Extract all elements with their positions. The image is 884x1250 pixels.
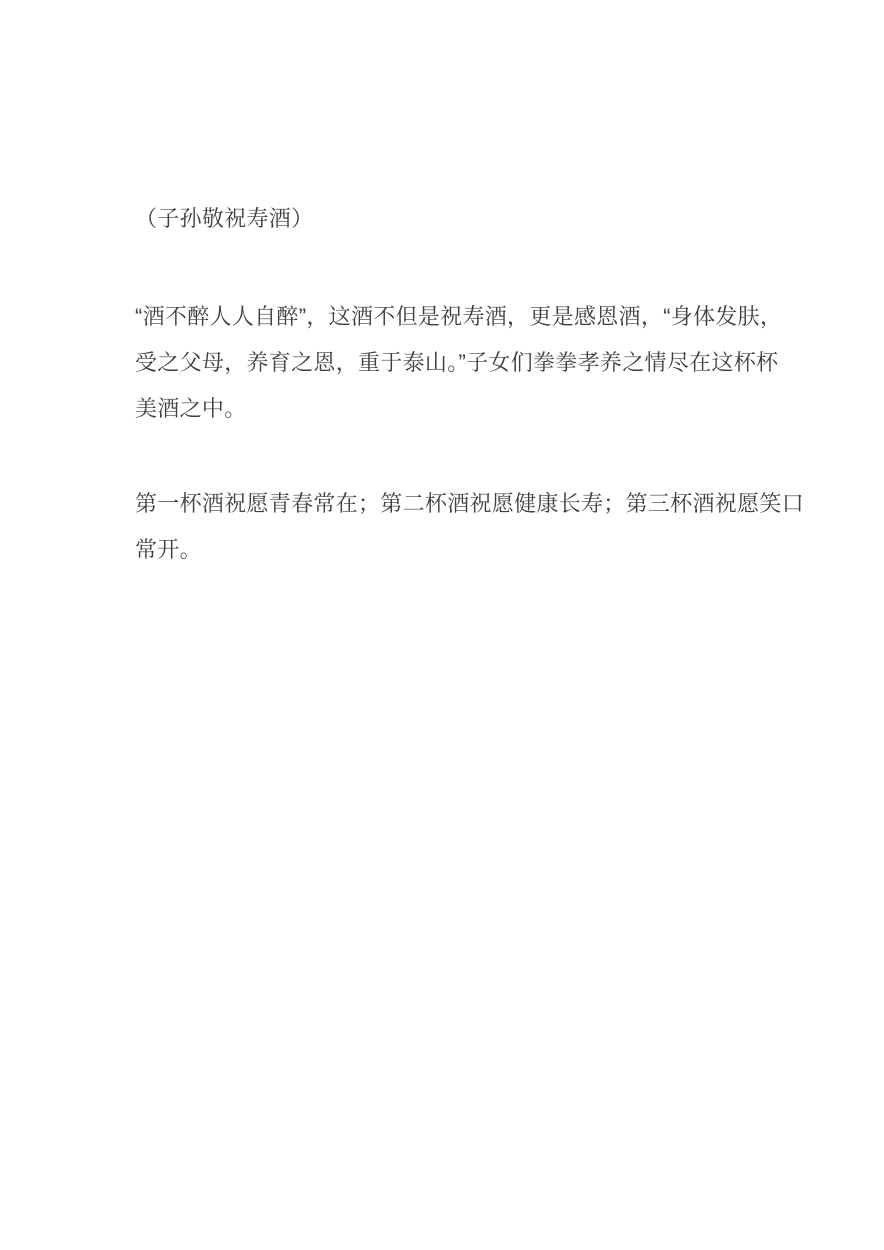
text-line: “酒不醉人人自醉”，这酒不但是祝寿酒，更是感恩酒，“身体发肤， [135,294,795,340]
text-line: 第一杯酒祝愿青春常在；第二杯酒祝愿健康长寿；第三杯酒祝愿笑口 [135,481,795,527]
paragraph-toast-meaning: “酒不醉人人自醉”，这酒不但是祝寿酒，更是感恩酒，“身体发肤， 受之父母，养育之… [135,294,795,432]
document-page: （子孙敬祝寿酒） “酒不醉人人自醉”，这酒不但是祝寿酒，更是感恩酒，“身体发肤，… [0,0,884,1250]
caption-line: （子孙敬祝寿酒） [135,196,795,242]
text-line: 受之父母，养育之恩，重于泰山。”子女们拳拳孝养之情尽在这杯杯 [135,340,795,386]
text-line: 常开。 [135,527,795,573]
document-content: （子孙敬祝寿酒） “酒不醉人人自醉”，这酒不但是祝寿酒，更是感恩酒，“身体发肤，… [135,196,795,573]
text-line: 美酒之中。 [135,386,795,432]
paragraph-three-wishes: 第一杯酒祝愿青春常在；第二杯酒祝愿健康长寿；第三杯酒祝愿笑口 常开。 [135,481,795,573]
